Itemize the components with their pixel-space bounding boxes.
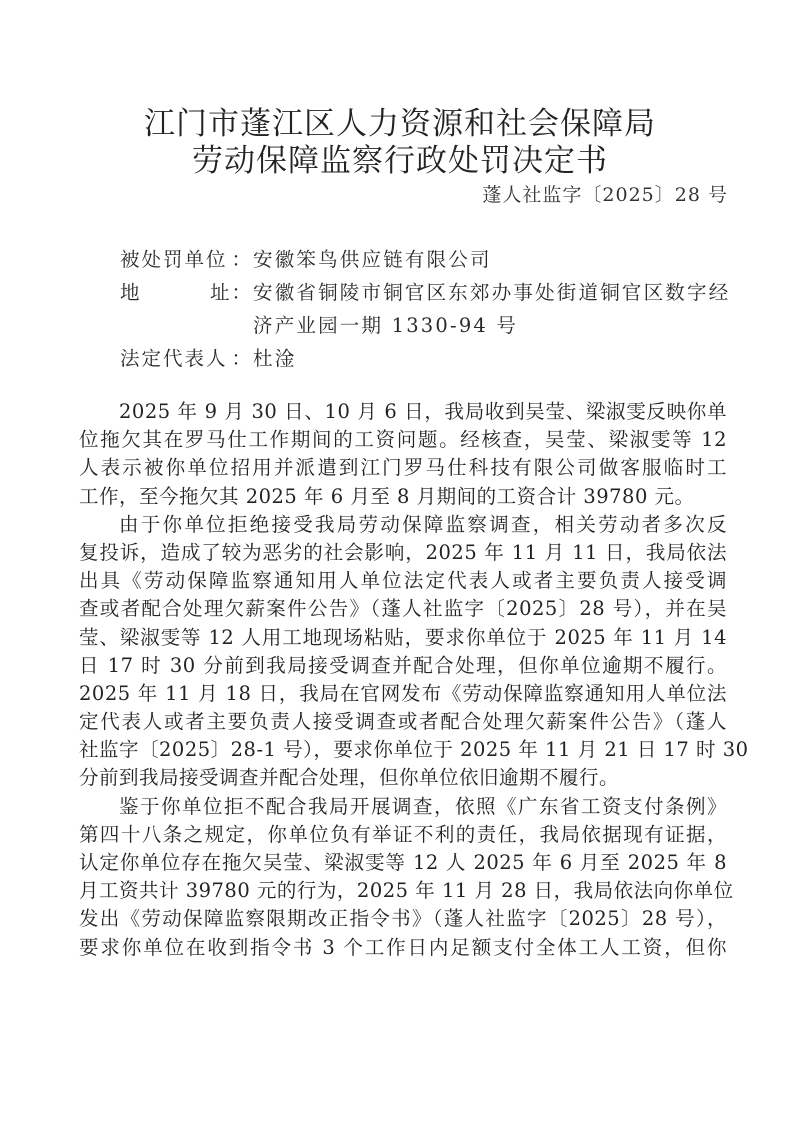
paragraph-line: 第四十八条之规定，你单位负有举证不利的责任，我局依据现有证据， xyxy=(79,821,727,849)
paragraph-line: 月工资共计 39780 元的行为，2025 年 11 月 28 日，我局依法向你… xyxy=(79,877,727,905)
address-value-line1: 安徽省铜陵市铜官区东郊办事处街道铜官区数字经 xyxy=(253,276,730,309)
paragraph-line: 分前到我局接受调查并配合处理，但你单位依旧逾期不履行。 xyxy=(79,764,727,792)
paragraph-line: 莹、梁淑雯等 12 人用工地现场粘贴，要求你单位于 2025 年 11 月 14 xyxy=(79,624,727,652)
legal-representative-label: 法定代表人： xyxy=(120,342,253,375)
document-page: 江门市蓬江区人力资源和社会保障局 劳动保障监察行政处罚决定书 蓬人社监字〔202… xyxy=(0,0,800,1131)
paragraph-line: 2025 年 11 月 18 日，我局在官网发布《劳动保障监察通知用人单位法 xyxy=(79,680,727,708)
document-title-agency: 江门市蓬江区人力资源和社会保障局 xyxy=(0,105,800,143)
document-title-type: 劳动保障监察行政处罚决定书 xyxy=(0,142,800,180)
paragraph-line: 社监字〔2025〕28-1 号），要求你单位于 2025 年 11 月 21 日… xyxy=(79,736,727,764)
address-label: 地址： xyxy=(120,276,253,309)
paragraph-line: 定代表人或者主要负责人接受调查或者配合处理欠薪案件公告》（蓬人 xyxy=(79,708,727,736)
paragraph-line: 2025 年 9 月 30 日、10 月 6 日，我局收到吴莹、梁淑雯反映你单 xyxy=(79,398,727,426)
paragraph-line: 要求你单位在收到指令书 3 个工作日内足额支付全体工人工资，但你 xyxy=(79,934,727,962)
paragraph-line: 鉴于你单位拒不配合我局开展调查，依照《广东省工资支付条例》 xyxy=(79,793,727,821)
paragraph-line: 工作，至今拖欠其 2025 年 6 月至 8 月期间的工资合计 39780 元。 xyxy=(79,483,727,511)
address-row: 地址： 安徽省铜陵市铜官区东郊办事处街道铜官区数字经 xyxy=(120,276,730,309)
decision-body: 2025 年 9 月 30 日、10 月 6 日，我局收到吴莹、梁淑雯反映你单 … xyxy=(79,398,727,962)
paragraph-line: 发出《劳动保障监察限期改正指令书》（蓬人社监字〔2025〕28 号）， xyxy=(79,905,727,933)
legal-representative-value: 杜淦 xyxy=(253,342,296,375)
paragraph-line: 日 17 时 30 分前到我局接受调查并配合处理，但你单位逾期不履行。 xyxy=(79,652,727,680)
address-row-continued: 济产业园一期 1330-94 号 xyxy=(120,309,730,342)
legal-representative-row: 法定代表人： 杜淦 xyxy=(120,342,730,375)
penalized-unit-label: 被处罚单位： xyxy=(120,243,253,276)
penalized-unit-value: 安徽笨鸟供应链有限公司 xyxy=(253,243,492,276)
document-number: 蓬人社监字〔2025〕28 号 xyxy=(482,183,728,207)
paragraph-line: 由于你单位拒绝接受我局劳动保障监察调查，相关劳动者多次反 xyxy=(79,511,727,539)
paragraph-line: 认定你单位存在拖欠吴莹、梁淑雯等 12 人 2025 年 6 月至 2025 年… xyxy=(79,849,727,877)
penalized-unit-row: 被处罚单位： 安徽笨鸟供应链有限公司 xyxy=(120,243,730,276)
paragraph-line: 复投诉，造成了较为恶劣的社会影响，2025 年 11 月 11 日，我局依法 xyxy=(79,539,727,567)
paragraph-line: 位拖欠其在罗马仕工作期间的工资问题。经核查，吴莹、梁淑雯等 12 xyxy=(79,426,727,454)
paragraph-line: 人表示被你单位招用并派遣到江门罗马仕科技有限公司做客服临时工 xyxy=(79,454,727,482)
party-info: 被处罚单位： 安徽笨鸟供应链有限公司 地址： 安徽省铜陵市铜官区东郊办事处街道铜… xyxy=(120,243,730,375)
paragraph-line: 出具《劳动保障监察通知用人单位法定代表人或者主要负责人接受调 xyxy=(79,567,727,595)
address-value-line2: 济产业园一期 1330-94 号 xyxy=(253,309,518,342)
paragraph-line: 查或者配合处理欠薪案件公告》（蓬人社监字〔2025〕28 号），并在吴 xyxy=(79,595,727,623)
